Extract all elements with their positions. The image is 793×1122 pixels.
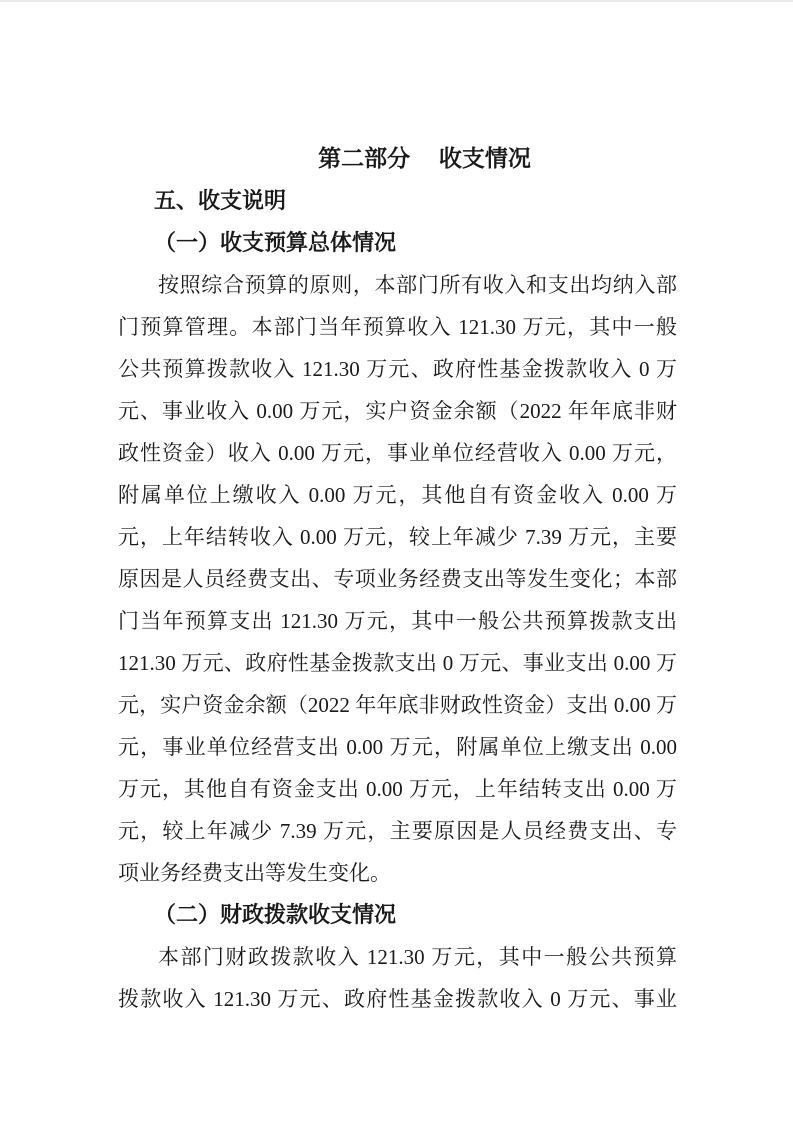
- paragraph-line: 元，较上年减少 7.39 万元，主要原因是人员经费支出、专: [118, 810, 677, 852]
- paragraph-line: 项业务经费支出等发生变化。: [118, 852, 677, 894]
- page-top-edge: [0, 0, 793, 2]
- paragraph-line: 元，事业单位经营支出 0.00 万元，附属单位上缴支出 0.00: [118, 726, 677, 768]
- paragraph-line: 附属单位上缴收入 0.00 万元，其他自有资金收入 0.00 万: [118, 474, 677, 516]
- paragraph-line: 公共预算拨款收入 121.30 万元、政府性基金拨款收入 0 万: [118, 348, 677, 390]
- paragraph-line: 元、事业收入 0.00 万元，实户资金余额（2022 年年底非财: [118, 390, 677, 432]
- paragraph-line: 拨款收入 121.30 万元、政府性基金拨款收入 0 万元、事业: [118, 978, 677, 1020]
- paragraph-line: 政性资金）收入 0.00 万元，事业单位经营收入 0.00 万元，: [118, 432, 677, 474]
- part-title: 第二部分 收支情况: [118, 138, 677, 180]
- subsection-2-heading: （二）财政拨款收支情况: [118, 894, 677, 936]
- document-content: 第二部分 收支情况 五、收支说明 （一）收支预算总体情况 按照综合预算的原则，本…: [118, 138, 677, 1020]
- section-heading: 五、收支说明: [118, 180, 677, 222]
- paragraph-line: 元，实户资金余额（2022 年年底非财政性资金）支出 0.00 万: [118, 684, 677, 726]
- paragraph-line: 本部门财政拨款收入 121.30 万元，其中一般公共预算: [118, 936, 677, 978]
- document-page: 第二部分 收支情况 五、收支说明 （一）收支预算总体情况 按照综合预算的原则，本…: [0, 0, 793, 1122]
- paragraph-line: 按照综合预算的原则，本部门所有收入和支出均纳入部: [118, 264, 677, 306]
- paragraph-line: 门预算管理。本部门当年预算收入 121.30 万元，其中一般: [118, 306, 677, 348]
- paragraph-line: 元，上年结转收入 0.00 万元，较上年减少 7.39 万元，主要: [118, 516, 677, 558]
- paragraph-line: 原因是人员经费支出、专项业务经费支出等发生变化；本部: [118, 558, 677, 600]
- subsection-1-heading: （一）收支预算总体情况: [118, 222, 677, 264]
- paragraph-line: 121.30 万元、政府性基金拨款支出 0 万元、事业支出 0.00 万: [118, 642, 677, 684]
- paragraph-line: 门当年预算支出 121.30 万元，其中一般公共预算拨款支出: [118, 600, 677, 642]
- paragraph-line: 万元，其他自有资金支出 0.00 万元，上年结转支出 0.00 万: [118, 768, 677, 810]
